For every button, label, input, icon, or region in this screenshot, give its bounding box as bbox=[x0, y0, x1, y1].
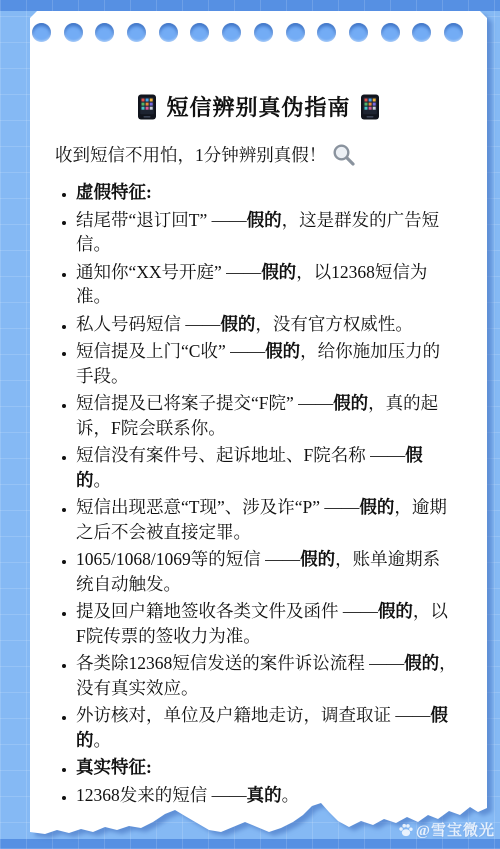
list-item: 虚假特征: bbox=[76, 180, 457, 205]
list-item: 1065/1068/1069等的短信 ——假的，账单逾期系统自动触发。 bbox=[76, 547, 457, 596]
binder-hole bbox=[32, 23, 51, 42]
binder-hole bbox=[381, 23, 400, 42]
list-item: 短信出现恶意“T现”、涉及诈“P” ——假的，逾期之后不会被直接定罪。 bbox=[76, 495, 457, 544]
intro-line: 收到短信不用怕，1分钟辨别真假！ bbox=[55, 142, 457, 168]
list-item: 通知你“XX号开庭” ——假的，以12368短信为准。 bbox=[76, 260, 457, 309]
binder-hole bbox=[349, 23, 368, 42]
binder-holes-row bbox=[32, 23, 463, 42]
list-item: 短信提及上门“C收” ——假的，给你施加压力的手段。 bbox=[76, 339, 457, 388]
list-item: 各类除12368短信发送的案件诉讼流程 ——假的，没有真实效应。 bbox=[76, 651, 457, 700]
binder-hole bbox=[190, 23, 209, 42]
watermark-text: @雪宝微光 bbox=[416, 819, 495, 840]
intro-text: 收到短信不用怕，1分钟辨别真假！ bbox=[55, 142, 326, 168]
list-item: 真实特征: bbox=[76, 755, 457, 780]
magnifying-glass-icon bbox=[332, 143, 356, 167]
list-item: 短信提及已将案子提交“F院” ——假的，真的起诉，F院会联系你。 bbox=[76, 391, 457, 440]
list-item: 外访核对，单位及户籍地走访，调查取证 ——假的。 bbox=[76, 703, 457, 752]
binder-hole bbox=[412, 23, 431, 42]
binder-hole bbox=[159, 23, 178, 42]
binder-hole bbox=[95, 23, 114, 42]
paper-sheet: 短信辨别真伪指南 收到短信不用怕，1分 bbox=[30, 11, 487, 842]
list-item: 短信没有案件号、起诉地址、F院名称 ——假的。 bbox=[76, 443, 457, 492]
checklist: 虚假特征:结尾带“退订回T” ——假的，这是群发的广告短信。通知你“XX号开庭”… bbox=[30, 180, 487, 807]
watermark: @雪宝微光 bbox=[398, 819, 495, 840]
list-item: 12368发来的短信 ——真的。 bbox=[76, 783, 457, 808]
binder-hole bbox=[286, 23, 305, 42]
title-text: 短信辨别真伪指南 bbox=[166, 91, 350, 122]
list-item: 提及回户籍地签收各类文件及函件 ——假的，以F院传票的签收力为准。 bbox=[76, 599, 457, 648]
paper-sheet-wrapper: 短信辨别真伪指南 收到短信不用怕，1分 bbox=[30, 11, 487, 842]
binder-hole bbox=[64, 23, 83, 42]
list-item: 私人号码短信 ——假的，没有官方权威性。 bbox=[76, 312, 457, 337]
binder-hole bbox=[254, 23, 273, 42]
list-item: 结尾带“退订回T” ——假的，这是群发的广告短信。 bbox=[76, 208, 457, 257]
paw-icon bbox=[398, 822, 414, 838]
binder-hole bbox=[317, 23, 336, 42]
top-binding-strip bbox=[0, 0, 500, 11]
binder-hole bbox=[444, 23, 463, 42]
binder-hole bbox=[222, 23, 241, 42]
binder-hole bbox=[127, 23, 146, 42]
mobile-phone-icon bbox=[137, 94, 157, 120]
mobile-phone-icon bbox=[360, 94, 380, 120]
